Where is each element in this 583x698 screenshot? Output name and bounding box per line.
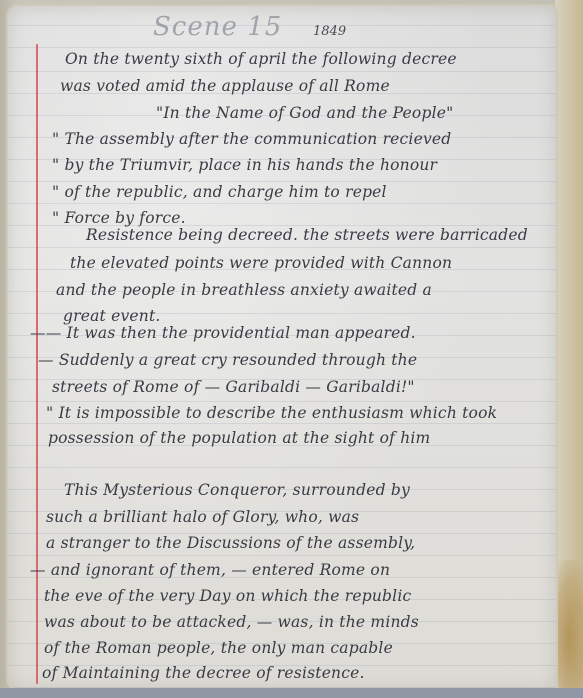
manuscript-line: — Suddenly a great cry resounded through… [38, 351, 417, 369]
manuscript-line: On the twenty sixth of april the followi… [65, 50, 457, 68]
manuscript-line: was about to be attacked, — was, in the … [44, 613, 419, 631]
manuscript-line: "In the Name of God and the People" [156, 104, 453, 122]
manuscript-line: " of the republic, and charge him to rep… [52, 183, 387, 201]
manuscript-line: " by the Triumvir, place in his hands th… [52, 156, 437, 174]
manuscript-line: and the people in breathless anxiety awa… [56, 281, 432, 299]
manuscript-line: " Force by force. [52, 209, 186, 227]
manuscript-line: was voted amid the applause of all Rome [60, 77, 390, 95]
manuscript-line: such a brilliant halo of Glory, who, was [46, 508, 359, 526]
manuscript-line: the elevated points were provided with C… [70, 254, 452, 272]
manuscript-line: This Mysterious Conqueror, surrounded by [64, 481, 410, 499]
manuscript-line: streets of Rome of — Garibaldi — Garibal… [52, 378, 415, 396]
manuscript-line: a stranger to the Discussions of the ass… [46, 534, 415, 552]
manuscript-line: Resistence being decreed. the streets we… [86, 226, 528, 244]
manuscript-line: great event. [63, 307, 161, 325]
scanner-bed [0, 688, 583, 698]
manuscript-scan: Scene 15 1849 On the twenty sixth of apr… [0, 0, 583, 698]
manuscript-line: — and ignorant of them, — entered Rome o… [30, 561, 390, 579]
manuscript-line: " It is impossible to describe the enthu… [46, 404, 497, 422]
manuscript-line: the eve of the very Day on which the rep… [44, 587, 411, 605]
manuscript-line: possession of the population at the sigh… [48, 429, 430, 447]
manuscript-line: of the Roman people, the only man capabl… [44, 639, 393, 657]
manuscript-line: —— It was then the providential man appe… [30, 324, 416, 342]
manuscript-line: " The assembly after the communication r… [52, 130, 451, 148]
handwritten-text: On the twenty sixth of april the followi… [8, 6, 556, 690]
manuscript-page: Scene 15 1849 On the twenty sixth of apr… [8, 6, 556, 690]
manuscript-line: of Maintaining the decree of resistence. [42, 664, 365, 682]
